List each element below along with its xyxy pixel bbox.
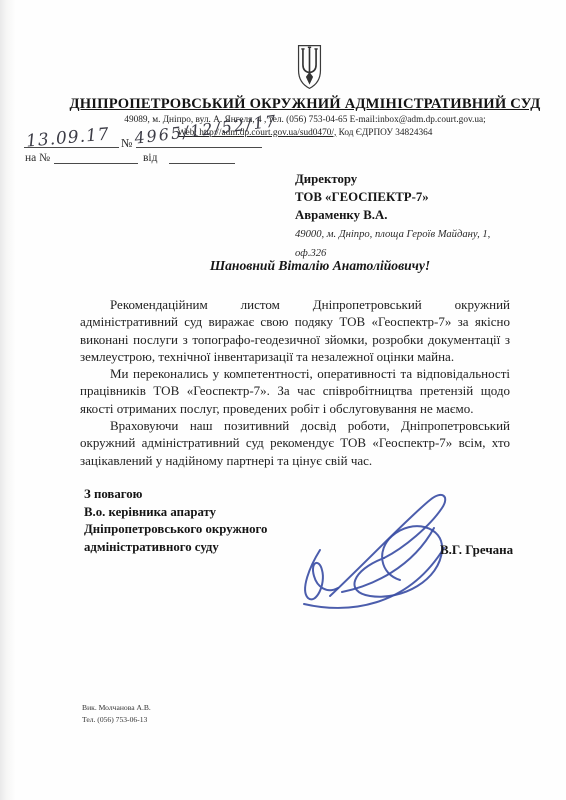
- closing-line-4: адміністративного суду: [84, 539, 267, 557]
- number-sign-label: №: [121, 136, 132, 151]
- body-paragraph-1: Рекомендаційним листом Дніпропетровський…: [80, 296, 510, 365]
- body-paragraph-2: Ми переконались у компетентності, операт…: [80, 365, 510, 417]
- recipient-person: Авраменку В.А.: [295, 206, 490, 224]
- closing-block: З повагою В.о. керівника апарату Дніпроп…: [84, 486, 267, 556]
- executor-phone: Тел. (056) 753-06-13: [82, 714, 151, 726]
- letter-body: Рекомендаційним листом Дніпропетровський…: [80, 296, 510, 469]
- closing-line-3: Дніпропетровського окружного: [84, 521, 267, 539]
- date-blank-line: [24, 135, 119, 148]
- signatory-name: В.Г. Гречана: [440, 542, 513, 558]
- letterhead: ДНІПРОПЕТРОВСЬКИЙ ОКРУЖНИЙ АДМІНІСТРАТИВ…: [44, 96, 566, 138]
- letter-page: ДНІПРОПЕТРОВСЬКИЙ ОКРУЖНИЙ АДМІНІСТРАТИВ…: [0, 0, 566, 800]
- recipient-title: Директору: [295, 170, 490, 188]
- edrpou-code: Код ЄДРПОУ 34824364: [339, 128, 433, 138]
- court-address-line1: 49089, м. Дніпро, вул. А. Янгеля, 4 , те…: [44, 115, 566, 126]
- number-blank-line: [136, 135, 262, 148]
- closing-line-1: З повагою: [84, 486, 267, 504]
- scan-edge-artifact: [0, 0, 16, 800]
- recipient-block: Директору ТОВ «ГЕОСПЕКТР-7» Авраменку В.…: [295, 170, 490, 261]
- reply-date-blank-line: [169, 151, 235, 164]
- executor-name: Вик. Молчанова А.В.: [82, 702, 151, 714]
- recipient-company: ТОВ «ГЕОСПЕКТР-7»: [295, 188, 490, 206]
- executor-footer: Вик. Молчанова А.В. Тел. (056) 753-06-13: [82, 702, 151, 726]
- reply-to-number-label: на №: [25, 152, 50, 164]
- ukraine-trident-emblem: [296, 44, 323, 90]
- reply-from-label: від: [143, 152, 157, 164]
- closing-line-2: В.о. керівника апарату: [84, 504, 267, 522]
- reply-number-blank-line: [54, 151, 138, 164]
- recipient-address-line1: 49000, м. Дніпро, площа Героїв Майдану, …: [295, 228, 490, 243]
- body-paragraph-3: Враховуючи наш позитивний досвід роботи,…: [80, 417, 510, 469]
- salutation: Шановний Віталію Анатолійовичу!: [74, 258, 566, 274]
- court-name-title: ДНІПРОПЕТРОВСЬКИЙ ОКРУЖНИЙ АДМІНІСТРАТИВ…: [44, 96, 566, 113]
